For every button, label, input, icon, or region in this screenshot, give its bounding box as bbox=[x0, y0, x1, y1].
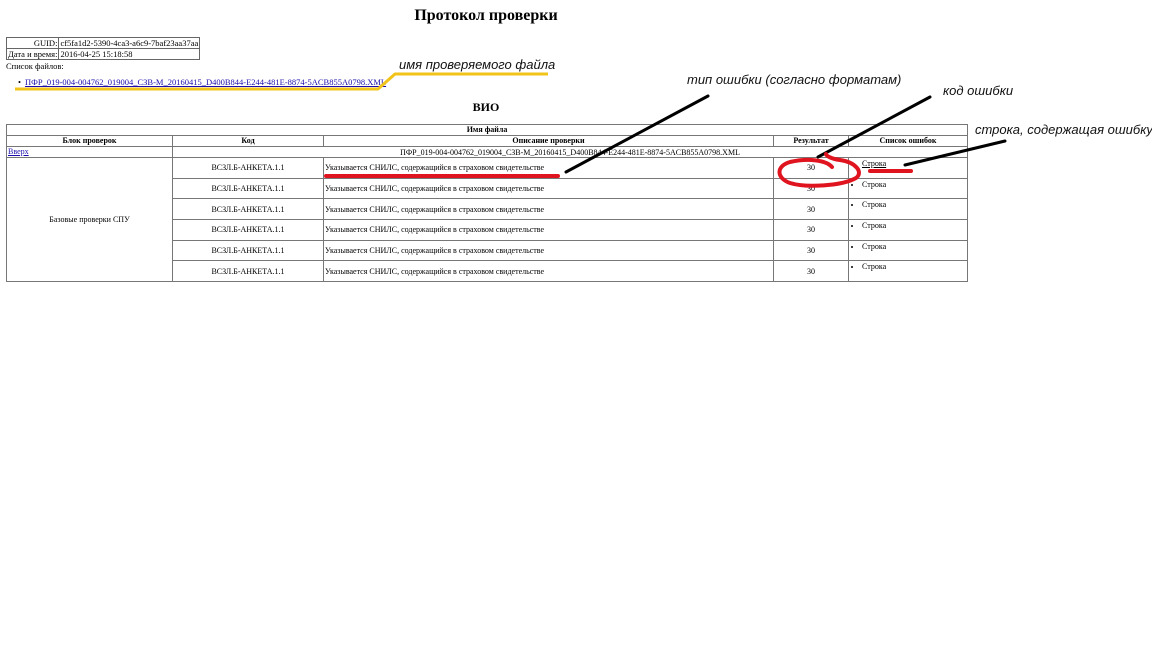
errors-cell: Строка bbox=[849, 158, 968, 179]
description-cell: Указывается СНИЛС, содержащийся в страхо… bbox=[324, 178, 774, 199]
top-link[interactable]: Вверх bbox=[8, 147, 29, 156]
result-cell: 30 bbox=[774, 261, 849, 282]
annotation-error-line: строка, содержащая ошибку bbox=[975, 122, 1152, 137]
result-cell: 30 bbox=[774, 199, 849, 220]
error-item: Строка bbox=[862, 180, 966, 189]
error-line-link[interactable]: Строка bbox=[862, 159, 886, 168]
top-link-cell: Вверх bbox=[7, 147, 173, 158]
guid-row: GUID: cf5fa1d2-5390-4ca3-a6c9-7baf23aa37… bbox=[7, 38, 200, 49]
description-cell: Указывается СНИЛС, содержащийся в страхо… bbox=[324, 261, 774, 282]
section-title: ВИО bbox=[0, 100, 972, 115]
file-name-row: Вверх ПФР_019-004-004762_019004_СЗВ-М_20… bbox=[7, 147, 968, 158]
result-cell: 30 bbox=[774, 240, 849, 261]
result-cell: 30 bbox=[774, 178, 849, 199]
errors-cell: Строка bbox=[849, 220, 968, 241]
files-list: •ПФР_019-004-004762_019004_СЗВ-М_2016041… bbox=[18, 77, 386, 87]
errors-list: Строка bbox=[850, 221, 966, 230]
errors-list: Строка bbox=[850, 242, 966, 251]
code-cell: ВСЗЛ.Б-АНКЕТА.1.1 bbox=[173, 199, 324, 220]
check-results-table: Имя файла Блок проверок Код Описание про… bbox=[6, 124, 968, 282]
datetime-value: 2016-04-25 15:18:58 bbox=[59, 49, 200, 60]
annotation-error-code: код ошибки bbox=[943, 83, 1013, 98]
error-item: Строка bbox=[862, 262, 966, 271]
description-cell: Указывается СНИЛС, содержащийся в страхо… bbox=[324, 158, 774, 179]
header-code: Код bbox=[173, 136, 324, 147]
files-list-label: Список файлов: bbox=[6, 61, 64, 71]
block-name-cell: Базовые проверки СПУ bbox=[7, 158, 173, 282]
errors-list: Строка bbox=[850, 159, 966, 168]
table-row: Базовые проверки СПУВСЗЛ.Б-АНКЕТА.1.1Ука… bbox=[7, 158, 968, 179]
page-title: Протокол проверки bbox=[0, 7, 972, 25]
guid-label: GUID: bbox=[7, 38, 59, 49]
file-name-header: Имя файла bbox=[7, 125, 968, 136]
errors-list: Строка bbox=[850, 200, 966, 209]
error-line-link[interactable]: Строка bbox=[862, 262, 886, 271]
protocol-meta-table: GUID: cf5fa1d2-5390-4ca3-a6c9-7baf23aa37… bbox=[6, 37, 200, 60]
error-line-link[interactable]: Строка bbox=[862, 221, 886, 230]
datetime-row: Дата и время: 2016-04-25 15:18:58 bbox=[7, 49, 200, 60]
error-item: Строка bbox=[862, 242, 966, 251]
code-cell: ВСЗЛ.Б-АНКЕТА.1.1 bbox=[173, 261, 324, 282]
error-line-link[interactable]: Строка bbox=[862, 180, 886, 189]
header-result: Результат bbox=[774, 136, 849, 147]
error-item: Строка bbox=[862, 200, 966, 209]
header-block: Блок проверок bbox=[7, 136, 173, 147]
errors-cell: Строка bbox=[849, 199, 968, 220]
error-item: Строка bbox=[862, 159, 966, 168]
file-name-header-row: Имя файла bbox=[7, 125, 968, 136]
bullet-icon: • bbox=[18, 77, 21, 87]
error-item: Строка bbox=[862, 221, 966, 230]
error-line-link[interactable]: Строка bbox=[862, 242, 886, 251]
result-cell: 30 bbox=[774, 220, 849, 241]
header-description: Описание проверки bbox=[324, 136, 774, 147]
error-line-link[interactable]: Строка bbox=[862, 200, 886, 209]
errors-cell: Строка bbox=[849, 178, 968, 199]
errors-list: Строка bbox=[850, 180, 966, 189]
errors-cell: Строка bbox=[849, 240, 968, 261]
description-cell: Указывается СНИЛС, содержащийся в страхо… bbox=[324, 240, 774, 261]
description-cell: Указывается СНИЛС, содержащийся в страхо… bbox=[324, 199, 774, 220]
errors-list: Строка bbox=[850, 262, 966, 271]
code-cell: ВСЗЛ.Б-АНКЕТА.1.1 bbox=[173, 240, 324, 261]
result-cell: 30 bbox=[774, 158, 849, 179]
annotation-file-name: имя проверяемого файла bbox=[399, 57, 555, 72]
file-name-cell: ПФР_019-004-004762_019004_СЗВ-М_20160415… bbox=[173, 147, 968, 158]
guid-value: cf5fa1d2-5390-4ca3-a6c9-7baf23aa37aa bbox=[59, 38, 200, 49]
column-header-row: Блок проверок Код Описание проверки Резу… bbox=[7, 136, 968, 147]
code-cell: ВСЗЛ.Б-АНКЕТА.1.1 bbox=[173, 178, 324, 199]
file-link[interactable]: ПФР_019-004-004762_019004_СЗВ-М_20160415… bbox=[25, 77, 386, 87]
code-cell: ВСЗЛ.Б-АНКЕТА.1.1 bbox=[173, 220, 324, 241]
header-errors: Список ошибок bbox=[849, 136, 968, 147]
description-cell: Указывается СНИЛС, содержащийся в страхо… bbox=[324, 220, 774, 241]
code-cell: ВСЗЛ.Б-АНКЕТА.1.1 bbox=[173, 158, 324, 179]
errors-cell: Строка bbox=[849, 261, 968, 282]
datetime-label: Дата и время: bbox=[7, 49, 59, 60]
annotation-error-type: тип ошибки (согласно форматам) bbox=[687, 72, 901, 87]
